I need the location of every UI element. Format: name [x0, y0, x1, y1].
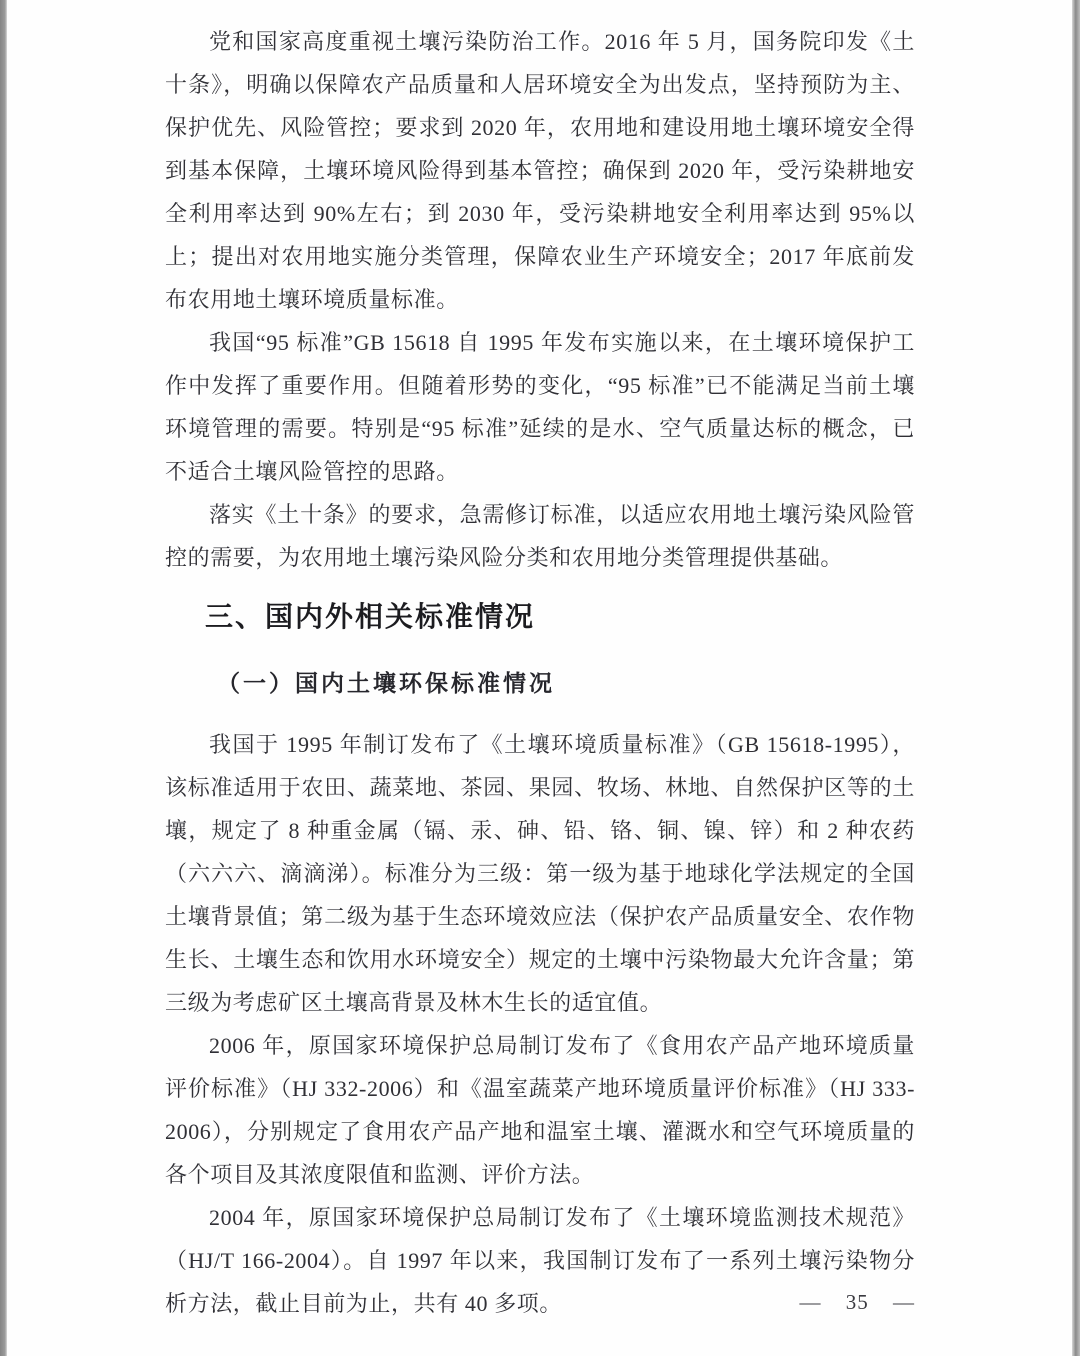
paragraph-gb15618-1995: 我国于 1995 年制订发布了《土壤环境质量标准》（GB 15618-1995）…	[165, 723, 915, 1024]
page-number: — 35 —	[165, 1290, 915, 1315]
paragraph-revision-need: 落实《土十条》的要求，急需修订标准，以适应农用地土壤污染风险管控的需要，为农用地…	[165, 493, 915, 579]
text-column: 党和国家高度重视土壤污染防治工作。2016 年 5 月，国务院印发《土十条》，明…	[165, 20, 915, 1325]
paragraph-hj332-hj333: 2006 年，原国家环境保护总局制订发布了《食用农产品产地环境质量评价标准》（H…	[165, 1024, 915, 1196]
paragraph-soil-policy: 党和国家高度重视土壤污染防治工作。2016 年 5 月，国务院印发《土十条》，明…	[165, 20, 915, 321]
subsection-heading-domestic-soil-standards: （一）国内土壤环保标准情况	[217, 670, 915, 697]
paragraph-95-standard: 我国“95 标准”GB 15618 自 1995 年发布实施以来，在土壤环境保护…	[165, 321, 915, 493]
section-heading-domestic-foreign-standards: 三、国内外相关标准情况	[205, 596, 915, 637]
document-page: 党和国家高度重视土壤污染防治工作。2016 年 5 月，国务院印发《土十条》，明…	[0, 0, 1080, 1356]
page-edge-left	[0, 0, 7, 1356]
page-edge-right	[1072, 0, 1080, 1356]
